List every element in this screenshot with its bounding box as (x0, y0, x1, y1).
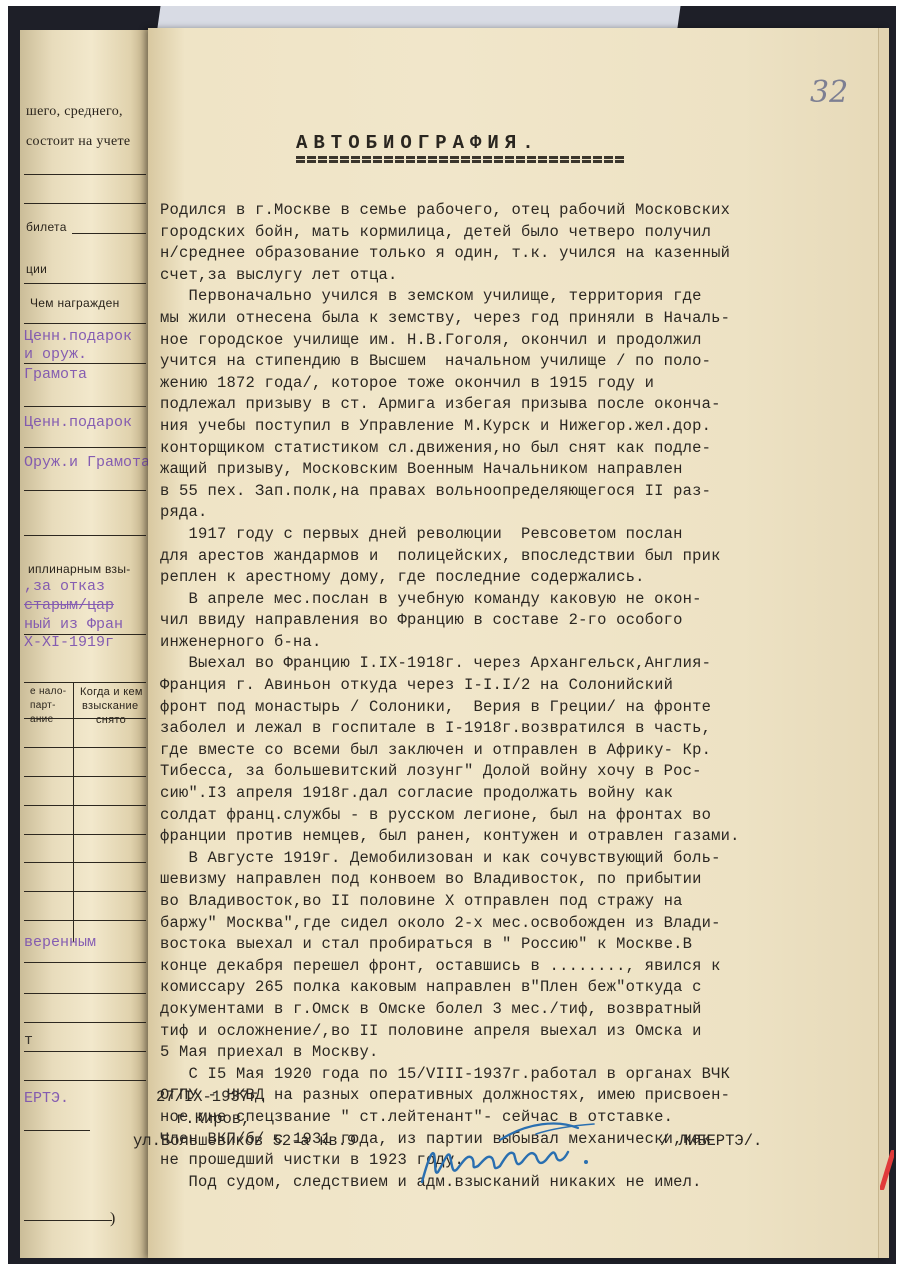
folio-number: 32 (810, 75, 848, 110)
form-label-when-removed-2: взыскание (82, 700, 138, 712)
form-label-discipline: иплинарным взы- (28, 562, 131, 576)
stamp-award-1b: и оруж. (24, 346, 87, 363)
body-line: во Владивосток,во II половине Х отправле… (160, 891, 880, 913)
form-label-registered: состоит на учете (26, 134, 130, 150)
body-line: Выехал во Францию I.IX-1918г. через Арха… (160, 653, 880, 675)
stamp-award-2a: Ценн.подарок (24, 414, 132, 431)
stamp-penalty-1: ,за отказ (24, 578, 105, 595)
form-rule (24, 834, 146, 835)
signatory-name: / ЛИБЕРТЭ/. (660, 1132, 762, 1150)
left-form-page: шего, среднего, состоит на учете билета … (20, 30, 150, 1258)
body-line: ОГПУ - НКВД на разных оперативных должно… (160, 1085, 880, 1107)
form-label-position: ции (26, 262, 47, 276)
body-line: счет,за выслугу лет отца. (160, 265, 880, 287)
form-close-paren: ) (110, 1210, 116, 1228)
form-rule (24, 406, 146, 407)
stamp-award-1c: Грамота (24, 366, 87, 383)
form-rule (24, 1051, 146, 1052)
body-line: конторщиком статистиком сл.движения,но б… (160, 438, 880, 460)
body-line: 5 Мая приехал в Москву. (160, 1042, 880, 1064)
body-line: солдат франц.службы - в русском легионе,… (160, 805, 880, 827)
body-line: городских бойн, мать кормилица, детей бы… (160, 222, 880, 244)
form-rule (24, 862, 146, 863)
body-line: баржу" Москва",где сидел около 2-х мес.о… (160, 913, 880, 935)
body-line: подлежал призыву в ст. Армига избегая пр… (160, 394, 880, 416)
form-label-when-removed-3: снято (96, 714, 126, 726)
body-line: реплен к арестному дому, где последние с… (160, 567, 880, 589)
form-label-ticket: билета (26, 220, 67, 234)
form-rule (24, 993, 146, 994)
body-line: жению 1872 года/, которое тоже окончил в… (160, 373, 880, 395)
body-line: инженерного б-на. (160, 632, 880, 654)
form-label-when-removed-1: Когда и кем (80, 686, 143, 698)
body-line: Первоначально учился в земском училище, … (160, 286, 880, 308)
form-rule (24, 535, 146, 536)
body-line: в 55 пех. Зап.полк,на правах вольноопред… (160, 481, 880, 503)
body-line: документами в г.Омск в Омске болел 3 мес… (160, 999, 880, 1021)
body-line: Родился в г.Москве в семье рабочего, оте… (160, 200, 880, 222)
body-line: учится на стипендию в Высшем начальном у… (160, 351, 880, 373)
stamp-penalty-3: ный из Фран (24, 616, 123, 633)
form-rule (24, 1080, 146, 1081)
form-rule (24, 962, 146, 963)
stamp-penalty-2: старым/цар (24, 597, 114, 614)
form-rule (24, 718, 146, 719)
body-line: заболел и лежал в госпитале в I-1918г.во… (160, 718, 880, 740)
autobiography-body: Родился в г.Москве в семье рабочего, оте… (160, 200, 880, 1193)
body-line: ния учебы поступил в Управление М.Курск … (160, 416, 880, 438)
body-line: тиф и осложнение/,во II половине апреля … (160, 1021, 880, 1043)
body-line: Франция г. Авиньон откуда через I-I.I/2 … (160, 675, 880, 697)
form-rule (24, 776, 146, 777)
body-line: где вместе со всеми был заключен и отпра… (160, 740, 880, 762)
body-line: чил ввиду направления во Францию в соста… (160, 610, 880, 632)
body-line: сию".I3 апреля 1918г.дал согласие продол… (160, 783, 880, 805)
stamp-name: ЕРТЭ. (24, 1090, 69, 1107)
form-column-divider (73, 682, 74, 942)
body-line: для арестов жандармов и полицейских, впо… (160, 546, 880, 568)
red-pencil-mark-icon (880, 1150, 894, 1190)
title-underline (296, 156, 626, 163)
form-label-awards: Чем награжден (30, 296, 120, 310)
document-title: АВТОБИОГРАФИЯ. (296, 132, 540, 154)
body-line: мы жили отнесена была к земству, через г… (160, 308, 880, 330)
body-line: фронт под монастырь / Солоники, Верия в … (160, 697, 880, 719)
form-rule (24, 490, 146, 491)
form-rule (24, 203, 146, 204)
body-line: ряда. (160, 502, 880, 524)
form-label-imposed: е нало- (30, 686, 66, 697)
document-city: г.Киров, (176, 1110, 250, 1128)
form-label-party: парт- (30, 700, 56, 711)
form-rule (72, 233, 146, 234)
form-rule (24, 447, 146, 448)
body-line: В апреле мес.послан в учебную команду ка… (160, 589, 880, 611)
form-rule (24, 174, 146, 175)
form-rule (24, 283, 146, 284)
document-date: 27/IX-1937г. (156, 1088, 268, 1106)
stamp-award-2b: Оруж.и Грамота (24, 454, 150, 471)
form-rule (24, 747, 146, 748)
document-address: ул.Большевиков 52-а кв.9 (133, 1132, 356, 1150)
body-line: В Августе 1919г. Демобилизован и как соч… (160, 848, 880, 870)
body-line: ное городское училище им. Н.В.Гоголя, ок… (160, 330, 880, 352)
body-line: Тибесса, за большевитский лозунг" Долой … (160, 761, 880, 783)
body-line: конце декабря перешел фронт, оставшись в… (160, 956, 880, 978)
form-rule (24, 891, 146, 892)
stamp-award-1a: Ценн.подарок (24, 328, 132, 345)
body-line: С I5 Мая 1920 года по 15/VIII-1937г.рабо… (160, 1064, 880, 1086)
form-rule (24, 805, 146, 806)
form-rule (24, 682, 146, 683)
body-line: н/среднее образование только я один, т.к… (160, 243, 880, 265)
form-rule (24, 323, 146, 324)
body-line: шевизму направлен под конвоем во Владиво… (160, 869, 880, 891)
body-line: востока выехал и стал пробираться в " Ро… (160, 934, 880, 956)
form-rule (24, 1220, 112, 1221)
stamp-penalty-4: X-XI-1919г (24, 634, 114, 651)
body-line: жащий призыву, Московским Военным Началь… (160, 459, 880, 481)
body-line: франции против немцев, был ранен, контуж… (160, 826, 880, 848)
stamp-t-letter: т (24, 1032, 33, 1049)
body-line: 1917 году с первых дней революции Ревсов… (160, 524, 880, 546)
form-rule (24, 1130, 90, 1131)
form-rule (24, 920, 146, 921)
form-rule (24, 1022, 146, 1023)
form-label-education: шего, среднего, (26, 104, 123, 120)
form-rule (24, 363, 146, 364)
body-line: комиссару 265 полка каковым направлен в"… (160, 977, 880, 999)
form-label-penalty: ание (30, 714, 53, 725)
handwritten-signature-icon (418, 1110, 618, 1190)
stamp-trusted: веренным (24, 934, 96, 951)
